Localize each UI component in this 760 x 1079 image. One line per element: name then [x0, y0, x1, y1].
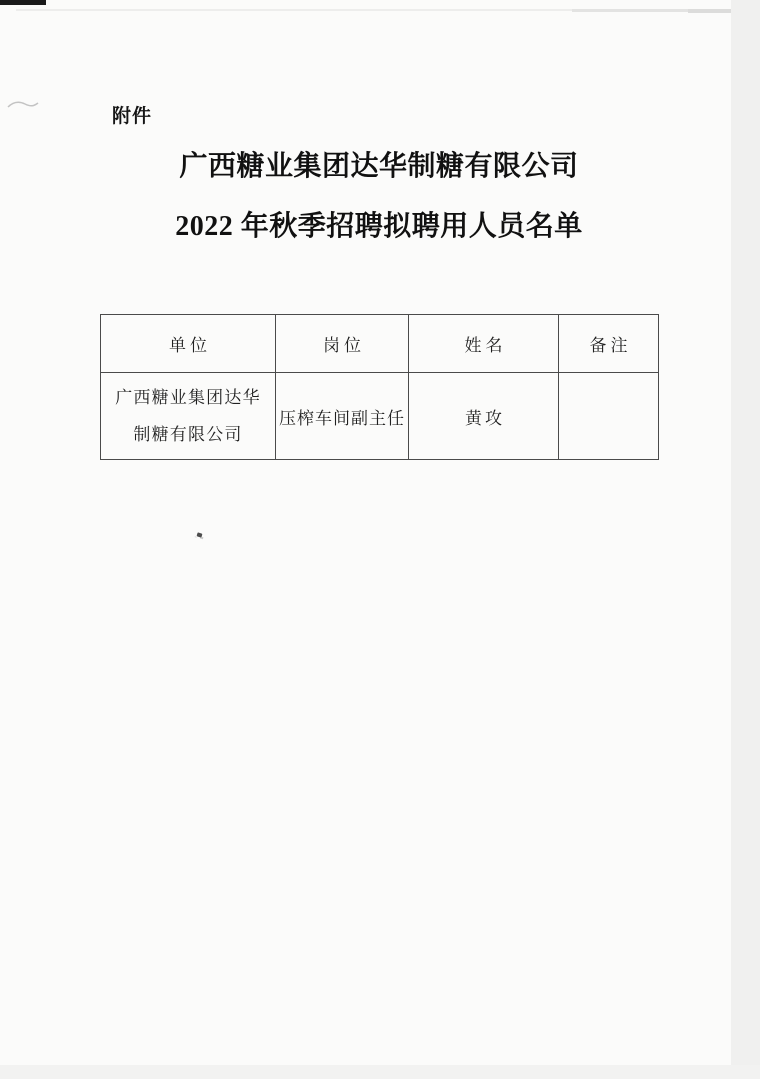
attachment-label: 附件	[112, 101, 152, 128]
table-header-row: 单位 岗位 姓名 备注	[101, 315, 659, 373]
unit-line-1: 广西糖业集团达华	[101, 379, 275, 416]
table-row: 广西糖业集团达华 制糖有限公司 压榨车间副主任 黄攻	[101, 373, 659, 460]
column-header-name: 姓名	[409, 315, 559, 373]
column-header-unit: 单位	[101, 315, 276, 373]
scan-artifact-speck	[197, 532, 203, 537]
scanner-edge-bottom	[0, 1065, 760, 1079]
document-subtitle: 2022 年秋季招聘拟聘用人员名单	[0, 209, 758, 245]
document-page: 附件 广西糖业集团达华制糖有限公司 2022 年秋季招聘拟聘用人员名单 单位 岗…	[0, 0, 731, 1065]
document-title: 广西糖业集团达华制糖有限公司	[0, 149, 758, 185]
scan-artifact-pencil-mark	[6, 98, 40, 112]
remark-cell	[559, 373, 659, 460]
position-cell: 压榨车间副主任	[276, 373, 409, 460]
hiring-table: 单位 岗位 姓名 备注 广西糖业集团达华 制糖有限公司 压榨车间副主任 黄攻	[100, 314, 659, 460]
scan-artifact-fold-line-end	[688, 9, 732, 13]
scan-artifact-fold-line-segment	[572, 9, 705, 12]
unit-line-2: 制糖有限公司	[101, 416, 275, 453]
column-header-position: 岗位	[276, 315, 409, 373]
name-cell: 黄攻	[409, 373, 559, 460]
unit-cell: 广西糖业集团达华 制糖有限公司	[101, 373, 276, 460]
scan-artifact-top-bar	[0, 0, 46, 5]
column-header-remark: 备注	[559, 315, 659, 373]
scanner-edge-right	[731, 0, 760, 1079]
